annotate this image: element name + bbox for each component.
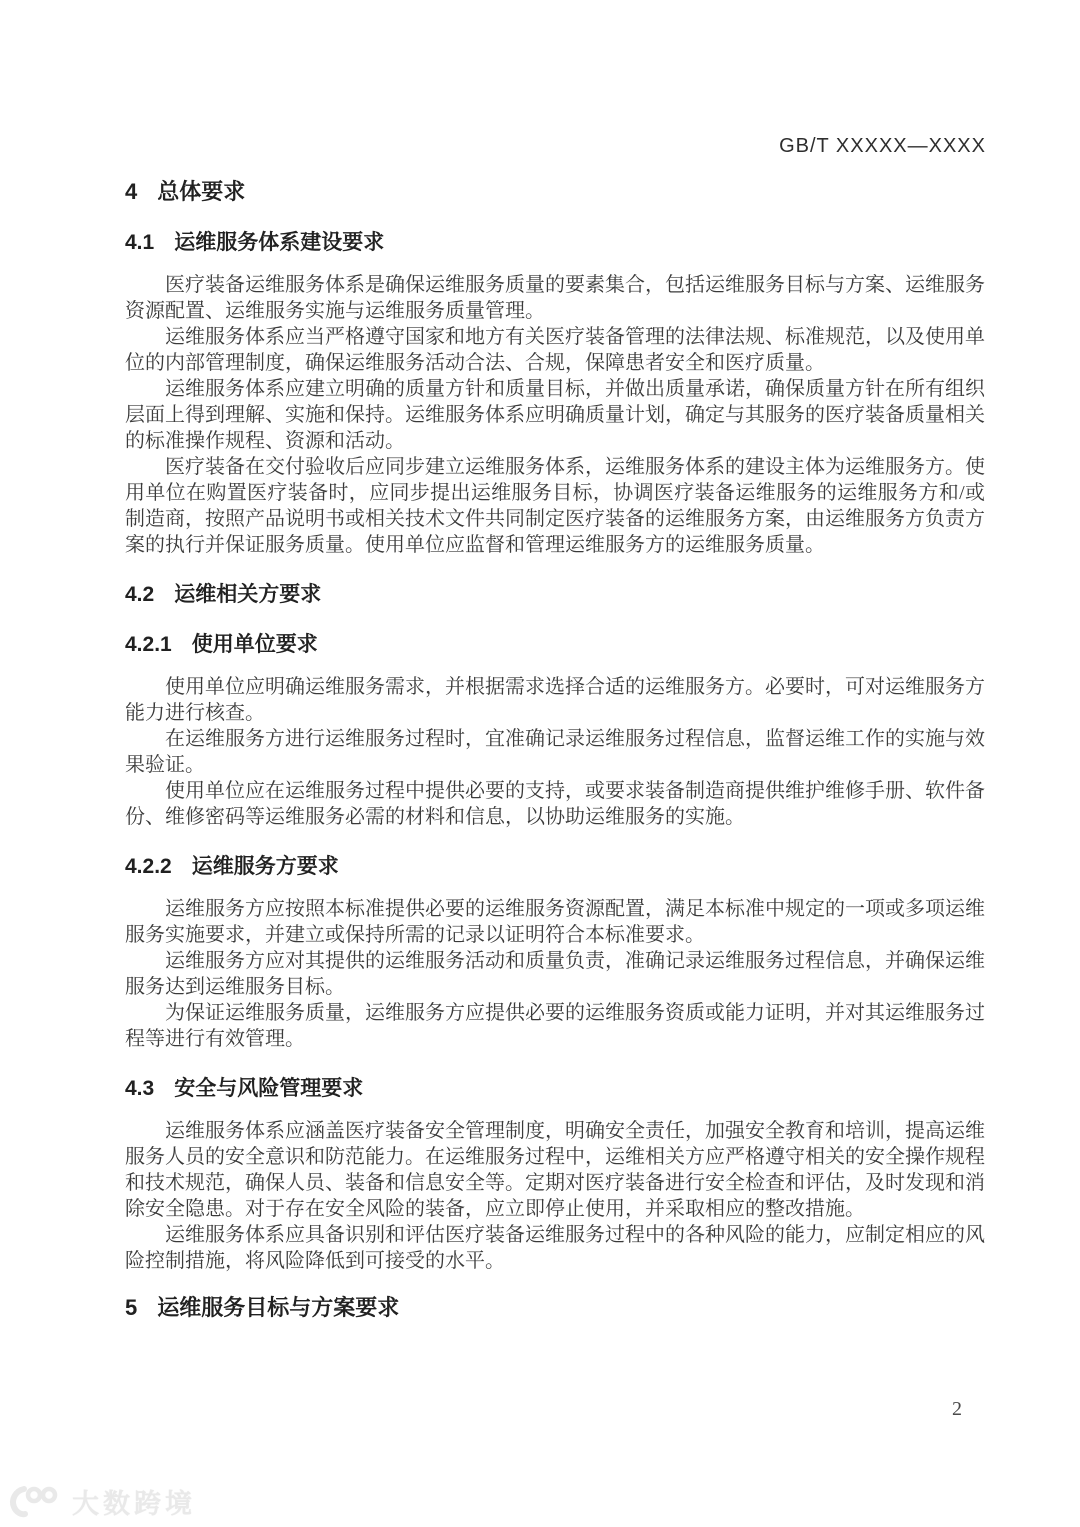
- clause-number: 4.2.1: [125, 632, 172, 658]
- paragraph: 运维服务方应按照本标准提供必要的运维服务资源配置，满足本标准中规定的一项或多项运…: [125, 896, 985, 948]
- clause-title: 运维相关方要求: [174, 582, 321, 608]
- paragraph: 使用单位应明确运维服务需求，并根据需求选择合适的运维服务方。必要时，可对运维服务…: [125, 674, 985, 726]
- paragraph: 使用单位应在运维服务过程中提供必要的支持，或要求装备制造商提供维护维修手册、软件…: [125, 778, 985, 830]
- document-page: { "document": { "header_code": "GB/T XXX…: [0, 0, 1080, 1527]
- clause-heading-4-1: 4.1 运维服务体系建设要求: [125, 230, 985, 256]
- clause-number: 4.3: [125, 1076, 154, 1102]
- clause-heading-4-3: 4.3 安全与风险管理要求: [125, 1076, 985, 1102]
- clause-heading-5: 5 运维服务目标与方案要求: [125, 1294, 985, 1322]
- paragraph: 运维服务体系应当严格遵守国家和地方有关医疗装备管理的法律法规、标准规范，以及使用…: [125, 324, 985, 376]
- clause-heading-4-2: 4.2 运维相关方要求: [125, 582, 985, 608]
- clause-title: 使用单位要求: [192, 632, 318, 658]
- paragraph: 运维服务体系应建立明确的质量方针和质量目标，并做出质量承诺，确保质量方针在所有组…: [125, 376, 985, 454]
- clause-heading-4-2-2: 4.2.2 运维服务方要求: [125, 854, 985, 880]
- standard-code-header: GB/T XXXXX—XXXX: [779, 135, 986, 158]
- paragraph: 在运维服务方进行运维服务过程时，宜准确记录运维服务过程信息，监督运维工作的实施与…: [125, 726, 985, 778]
- paragraph: 医疗装备在交付验收后应同步建立运维服务体系，运维服务体系的建设主体为运维服务方。…: [125, 454, 985, 558]
- clause-heading-4-2-1: 4.2.1 使用单位要求: [125, 632, 985, 658]
- paragraph: 医疗装备运维服务体系是确保运维服务质量的要素集合，包括运维服务目标与方案、运维服…: [125, 272, 985, 324]
- clause-title: 运维服务体系建设要求: [174, 230, 384, 256]
- paragraph: 为保证运维服务质量，运维服务方应提供必要的运维服务资质或能力证明，并对其运维服务…: [125, 1000, 985, 1052]
- paragraph: 运维服务方应对其提供的运维服务活动和质量负责，准确记录运维服务过程信息，并确保运…: [125, 948, 985, 1000]
- clause-number: 4.2.2: [125, 854, 172, 880]
- clause-title: 运维服务方要求: [192, 854, 339, 880]
- watermark-text: 大数跨境: [72, 1482, 196, 1521]
- document-body: 4 总体要求 4.1 运维服务体系建设要求 医疗装备运维服务体系是确保运维服务质…: [125, 158, 985, 1338]
- paragraph: 运维服务体系应具备识别和评估医疗装备运维服务过程中的各种风险的能力，应制定相应的…: [125, 1222, 985, 1274]
- clause-number: 4.2: [125, 582, 154, 608]
- watermark: 大数跨境: [8, 1482, 196, 1521]
- paragraph: 运维服务体系应涵盖医疗装备安全管理制度，明确安全责任，加强安全教育和培训，提高运…: [125, 1118, 985, 1222]
- clause-number: 4.1: [125, 230, 154, 256]
- watermark-100-logo: [8, 1484, 64, 1520]
- clause-number: 5: [125, 1294, 137, 1322]
- clause-number: 4: [125, 178, 137, 206]
- clause-title: 运维服务目标与方案要求: [157, 1294, 399, 1322]
- clause-title: 安全与风险管理要求: [174, 1076, 363, 1102]
- page-number: 2: [952, 1398, 962, 1421]
- clause-heading-4: 4 总体要求: [125, 178, 985, 206]
- clause-title: 总体要求: [157, 178, 245, 206]
